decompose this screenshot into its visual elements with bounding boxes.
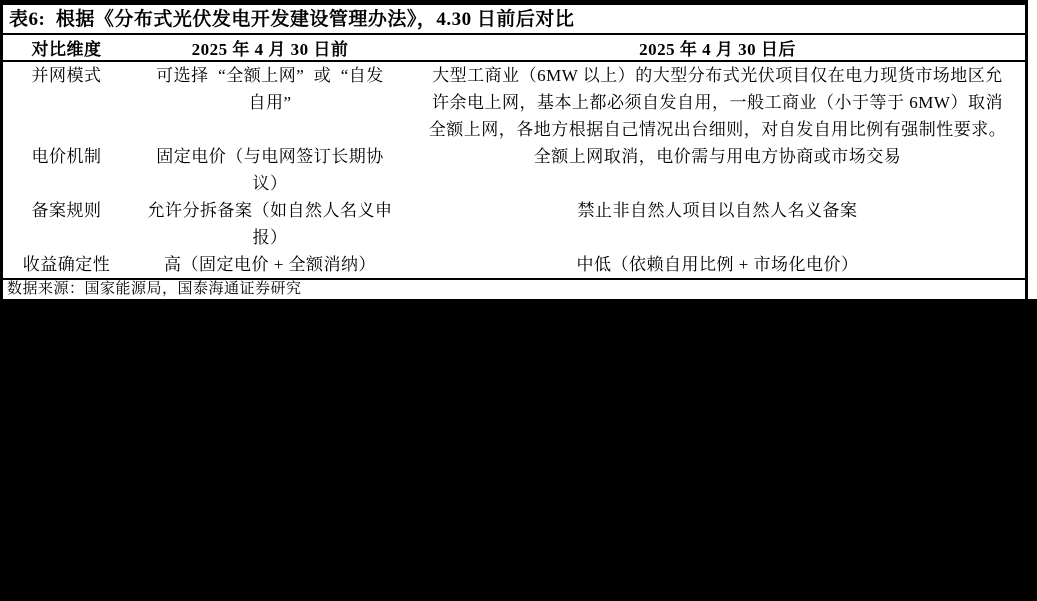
cell-before: 固定电价（与电网签订长期协 议） <box>130 143 410 197</box>
cell-after: 禁止非自然人项目以自然人名义备案 <box>410 197 1025 251</box>
cell-dimension: 电价机制 <box>3 143 130 197</box>
column-header-dimension: 对比维度 <box>3 35 130 61</box>
cell-before: 允许分拆备案（如自然人名义申 报） <box>130 197 410 251</box>
comparison-table: 表6: 根据《分布式光伏发电开发建设管理办法》，4.30 日前后对比 对比维度 … <box>0 0 1028 299</box>
column-header-after: 2025 年 4 月 30 日后 <box>410 35 1025 61</box>
cell-before: 高（固定电价 + 全额消纳） <box>130 251 410 278</box>
cell-after: 中低（依赖自用比例 + 市场化电价） <box>410 251 1025 278</box>
cell-before: 可选择 “全额上网” 或 “自发 自用” <box>130 61 410 143</box>
comparison-grid: 对比维度 2025 年 4 月 30 日前 2025 年 4 月 30 日后 并… <box>3 35 1025 278</box>
cell-dimension: 并网模式 <box>3 61 130 143</box>
black-fill-area <box>0 299 1037 601</box>
header-row: 对比维度 2025 年 4 月 30 日前 2025 年 4 月 30 日后 <box>3 35 1025 61</box>
table-sheet: 表6: 根据《分布式光伏发电开发建设管理办法》，4.30 日前后对比 对比维度 … <box>0 0 1037 299</box>
cell-dimension: 收益确定性 <box>3 251 130 278</box>
document-page: 表6: 根据《分布式光伏发电开发建设管理办法》，4.30 日前后对比 对比维度 … <box>0 0 1037 601</box>
cell-after: 全额上网取消，电价需与用电方协商或市场交易 <box>410 143 1025 197</box>
table-row-filing-rules: 备案规则 允许分拆备案（如自然人名义申 报） 禁止非自然人项目以自然人名义备案 <box>3 197 1025 251</box>
column-header-before: 2025 年 4 月 30 日前 <box>130 35 410 61</box>
table-row-revenue-certainty: 收益确定性 高（固定电价 + 全额消纳） 中低（依赖自用比例 + 市场化电价） <box>3 251 1025 278</box>
table-row-grid-mode: 并网模式 可选择 “全额上网” 或 “自发 自用” 大型工商业（6MW 以上）的… <box>3 61 1025 143</box>
cell-dimension: 备案规则 <box>3 197 130 251</box>
data-source-note: 数据来源：国家能源局，国泰海通证券研究 <box>3 278 1025 298</box>
cell-after: 大型工商业（6MW 以上）的大型分布式光伏项目仅在电力现货市场地区允 许余电上网… <box>410 61 1025 143</box>
table-title: 表6: 根据《分布式光伏发电开发建设管理办法》，4.30 日前后对比 <box>3 5 1025 35</box>
table-row-price-mechanism: 电价机制 固定电价（与电网签订长期协 议） 全额上网取消，电价需与用电方协商或市… <box>3 143 1025 197</box>
